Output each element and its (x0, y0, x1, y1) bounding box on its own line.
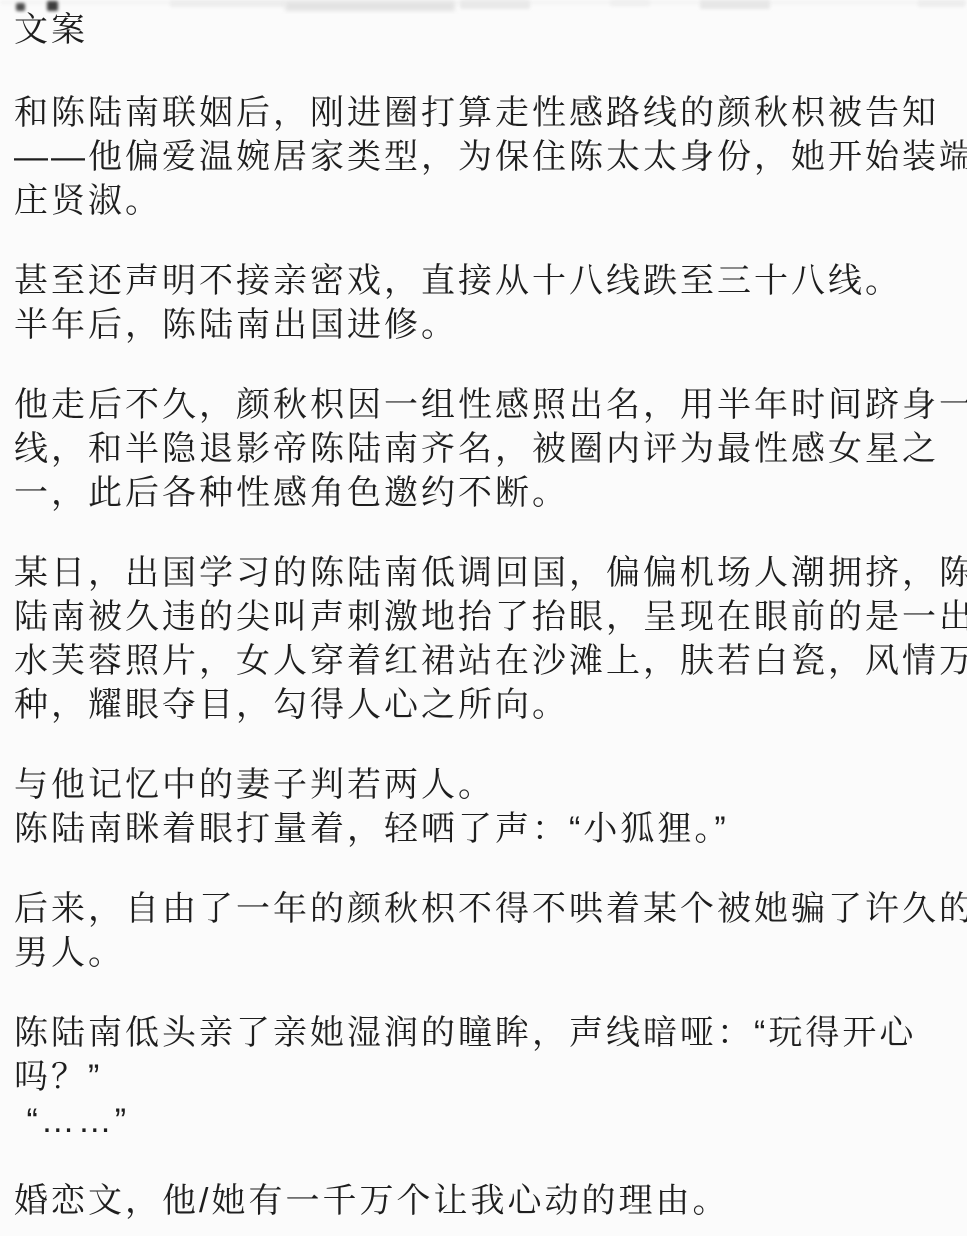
page-title: 文案 (14, 8, 953, 52)
synopsis-document: 文案 和陈陆南联姻后，刚进圈打算走性感路线的颜秋枳被告知 ——他偏爱温婉居家类型… (0, 0, 967, 1236)
artifact-smudge (918, 0, 965, 7)
text-line: 陈陆南眯着眼打量着，轻哂了声：“小狐狸。” (14, 807, 953, 851)
text-line: “……” (14, 1099, 953, 1143)
paragraph-intro: 和陈陆南联姻后，刚进圈打算走性感路线的颜秋枳被告知 ——他偏爱温婉居家类型，为保… (14, 91, 953, 223)
text-line: 陈陆南低头亲了亲她湿润的瞳眸，声线暗哑：“玩得开心 (14, 1011, 953, 1055)
paragraph-airport: 某日，出国学习的陈陆南低调回国，偏偏机场人潮拥挤，陈 陆南被久违的尖叫声刺激地抬… (14, 551, 953, 727)
paragraph-fame: 他走后不久，颜秋枳因一组性感照出名，用半年时间跻身一 线，和半隐退影帝陈陆南齐名… (14, 383, 953, 515)
text-line: 陆南被久违的尖叫声刺激地抬了抬眼，呈现在眼前的是一出 (14, 595, 953, 639)
text-line: 水芙蓉照片，女人穿着红裙站在沙滩上，肤若白瓷，风情万 (14, 639, 953, 683)
text-line: 男人。 (14, 931, 953, 975)
text-line: 他走后不久，颜秋枳因一组性感照出名，用半年时间跻身一 (14, 383, 953, 427)
text-line: 线，和半隐退影帝陈陆南齐名，被圈内评为最性感女星之 (14, 427, 953, 471)
paragraph-recognition: 与他记忆中的妻子判若两人。 陈陆南眯着眼打量着，轻哂了声：“小狐狸。” (14, 763, 953, 851)
paragraph-dialogue: 陈陆南低头亲了亲她湿润的瞳眸，声线暗哑：“玩得开心 吗？” “……” (14, 1011, 953, 1143)
artifact-smudge (0, 0, 967, 5)
text-line: 半年后，陈陆南出国进修。 (14, 303, 953, 347)
text-line: 庄贤淑。 (14, 179, 953, 223)
paragraph-declaration: 甚至还声明不接亲密戏，直接从十八线跌至三十八线。 半年后，陈陆南出国进修。 (14, 259, 953, 347)
text-line: 吗？” (14, 1055, 953, 1099)
text-line: 后来，自由了一年的颜秋枳不得不哄着某个被她骗了许久的 (14, 887, 953, 931)
text-line: ——他偏爱温婉居家类型，为保住陈太太身份，她开始装端 (14, 135, 953, 179)
text-line: 与他记忆中的妻子判若两人。 (14, 763, 953, 807)
text-line: 和陈陆南联姻后，刚进圈打算走性感路线的颜秋枳被告知 (14, 91, 953, 135)
paragraph-genre-tag: 婚恋文，他/她有一千万个让我心动的理由。 (14, 1179, 953, 1223)
paragraph-later: 后来，自由了一年的颜秋枳不得不哄着某个被她骗了许久的 男人。 (14, 887, 953, 975)
text-line: 某日，出国学习的陈陆南低调回国，偏偏机场人潮拥挤，陈 (14, 551, 953, 595)
text-line: 一，此后各种性感角色邀约不断。 (14, 471, 953, 515)
text-line: 甚至还声明不接亲密戏，直接从十八线跌至三十八线。 (14, 259, 953, 303)
text-line: 种，耀眼夺目，勾得人心之所向。 (14, 683, 953, 727)
text-line: 婚恋文，他/她有一千万个让我心动的理由。 (14, 1179, 953, 1223)
artifact-smudge (170, 0, 285, 7)
artifact-smudge (610, 0, 650, 6)
